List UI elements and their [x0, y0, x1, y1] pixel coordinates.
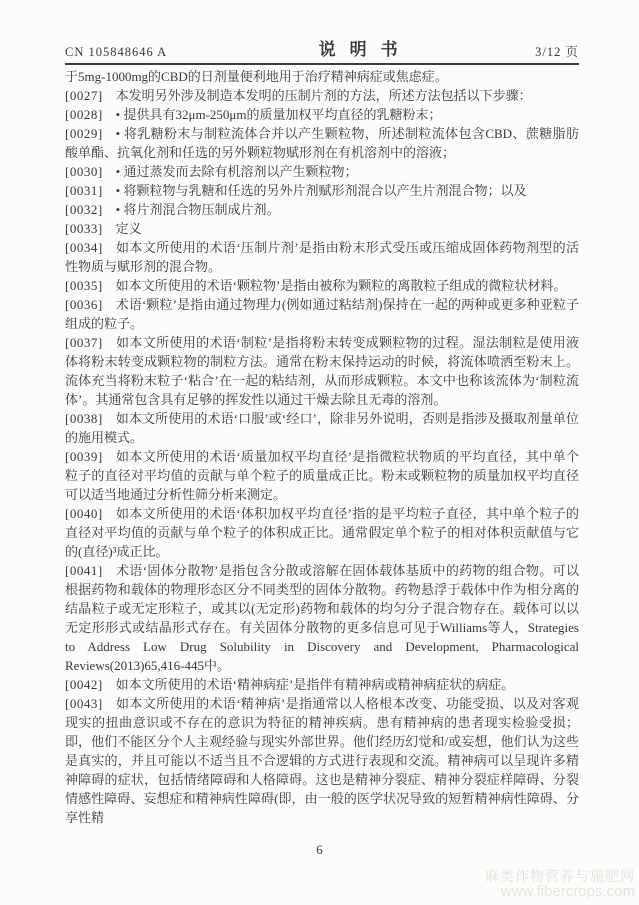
- paragraph-number: [0034]: [65, 238, 103, 257]
- paragraph-0037: [0037]如本文所使用的术语‘制粒’是指将粉末转变成颗粒物的过程。湿法制粒是使…: [65, 333, 579, 409]
- paragraph-0035: [0035]如本文所使用的术语‘颗粒物’是指由被称为颗粒的离散粒子组成的微粒状材…: [65, 276, 579, 295]
- paragraph-text: 术语‘颗粒’是指由通过物理力(例如通过粘结剂)保持在一起的两种或更多种亚粒子组成…: [65, 297, 579, 331]
- paragraph-text: 本发明另外涉及制造本发明的压制片剂的方法，所述方法包括以下步骤：: [116, 88, 532, 103]
- document-title: 说明书: [305, 35, 412, 60]
- paragraph-0028: [0028]• 提供具有32μm-250μm的质量加权平均直径的乳糖粉末；: [65, 105, 579, 124]
- paragraph-0034: [0034]如本文所使用的术语‘压制片剂’是指由粉末形式受压或压缩成固体药物剂型…: [65, 238, 579, 276]
- paragraph-text: 如本文所使用的术语‘体积加权平均直径’指的是平均粒子直径，其中单个粒子的直径对平…: [65, 506, 579, 559]
- paragraph-text: 如本文所使用的术语‘颗粒物’是指由被称为颗粒的离散粒子组成的微粒状材料。: [116, 278, 567, 293]
- page-indicator: 3/12 页: [535, 42, 579, 60]
- paragraph-number: [0040]: [65, 504, 103, 523]
- paragraph-number: [0029]: [65, 124, 103, 143]
- paragraph-0039: [0039]如本文所使用的术语‘质量加权平均直径’是指微粒状物质的平均直径，其中…: [65, 447, 579, 504]
- paragraph-number: [0041]: [65, 561, 103, 580]
- page-number: 6: [0, 842, 639, 858]
- paragraph-text: 如本文所使用的术语‘精神病症’是指伴有精神病或精神病症状的病症。: [116, 677, 515, 692]
- paragraph-0027: [0027]本发明另外涉及制造本发明的压制片剂的方法，所述方法包括以下步骤：: [65, 86, 579, 105]
- paragraph-number: [0035]: [65, 276, 103, 295]
- paragraph-text: • 将片剂混合物压制成片剂。: [116, 202, 280, 217]
- paragraph-text: 如本文所使用的术语‘压制片剂’是指由粉末形式受压或压缩成固体药物剂型的活性物质与…: [65, 240, 579, 274]
- paragraph-0029: [0029]• 将乳糖粉末与制粒流体合并以产生颗粒物，所述制粒流体包含CBD、蔗…: [65, 124, 579, 162]
- paragraph-number: [0036]: [65, 295, 103, 314]
- watermark-site-url: www.fibercrops.com: [485, 884, 635, 900]
- paragraph-0043: [0043]如本文所使用的术语‘精神病’是指通常以人格根本改变、功能受损、以及对…: [65, 694, 579, 827]
- paragraph-number: [0043]: [65, 694, 103, 713]
- paragraph-0030: [0030]• 通过蒸发而去除有机溶剂以产生颗粒物；: [65, 162, 579, 181]
- paragraph-number: [0037]: [65, 333, 103, 352]
- paragraph-text: 如本文所使用的术语‘精神病’是指通常以人格根本改变、功能受损、以及对客观现实的扭…: [65, 696, 579, 825]
- specification-body: 于5mg-1000mg的CBD的日剂量便利地用于治疗精神病症或焦虑症。 [002…: [65, 67, 579, 827]
- paragraph-text: 定义: [116, 221, 142, 236]
- watermark: 麻类作物营养与施肥网 www.fibercrops.com: [485, 868, 635, 900]
- paragraph-0036: [0036]术语‘颗粒’是指由通过物理力(例如通过粘结剂)保持在一起的两种或更多…: [65, 295, 579, 333]
- paragraph-number: [0030]: [65, 162, 103, 181]
- paragraph-0033: [0033]定义: [65, 219, 579, 238]
- paragraph-0038: [0038]如本文所使用的术语‘口服’或‘经口’，除非另外说明，否则是指涉及摄取…: [65, 409, 579, 447]
- paragraph-text: • 通过蒸发而去除有机溶剂以产生颗粒物；: [116, 164, 358, 179]
- watermark-site-name: 麻类作物营养与施肥网: [485, 868, 635, 884]
- paragraph-0032: [0032]• 将片剂混合物压制成片剂。: [65, 200, 579, 219]
- paragraph-0041: [0041]术语‘固体分散物’是指包含分散或溶解在固体载体基质中的药物的组合物。…: [65, 561, 579, 675]
- paragraph-number: [0039]: [65, 447, 103, 466]
- paragraph-text: • 将颗粒物与乳糖和任选的另外片剂赋形剂混合以产生片剂混合物；以及: [116, 183, 527, 198]
- paragraph-text: • 将乳糖粉末与制粒流体合并以产生颗粒物，所述制粒流体包含CBD、蔗糖脂肪酸单酯…: [65, 126, 579, 160]
- publication-number: CN 105848646 A: [65, 45, 167, 60]
- page-header: CN 105848646 A 说明书 3/12 页: [65, 36, 579, 60]
- paragraph-0042: [0042]如本文所使用的术语‘精神病症’是指伴有精神病或精神病症状的病症。: [65, 675, 579, 694]
- paragraph-number: [0028]: [65, 105, 103, 124]
- paragraph-text: • 提供具有32μm-250μm的质量加权平均直径的乳糖粉末；: [116, 107, 442, 122]
- paragraph-0040: [0040]如本文所使用的术语‘体积加权平均直径’指的是平均粒子直径，其中单个粒…: [65, 504, 579, 561]
- header-divider: [65, 63, 579, 65]
- paragraph-number: [0027]: [65, 86, 103, 105]
- paragraph-number: [0042]: [65, 675, 103, 694]
- continuation-line: 于5mg-1000mg的CBD的日剂量便利地用于治疗精神病症或焦虑症。: [65, 67, 579, 86]
- paragraph-text: 术语‘固体分散物’是指包含分散或溶解在固体载体基质中的药物的组合物。可以根据药物…: [65, 563, 579, 673]
- paragraph-text: 如本文所使用的术语‘质量加权平均直径’是指微粒状物质的平均直径，其中单个粒子的直…: [65, 449, 579, 502]
- paragraph-number: [0032]: [65, 200, 103, 219]
- paragraph-number: [0033]: [65, 219, 103, 238]
- paragraph-text: 如本文所使用的术语‘制粒’是指将粉末转变成颗粒物的过程。湿法制粒是使用液体将粉末…: [65, 335, 579, 407]
- paragraph-text: 如本文所使用的术语‘口服’或‘经口’，除非另外说明，否则是指涉及摄取剂量单位的施…: [65, 411, 579, 445]
- paragraph-number: [0038]: [65, 409, 103, 428]
- paragraph-number: [0031]: [65, 181, 103, 200]
- patent-specification-page: CN 105848646 A 说明书 3/12 页 于5mg-1000mg的CB…: [0, 0, 639, 905]
- paragraph-0031: [0031]• 将颗粒物与乳糖和任选的另外片剂赋形剂混合以产生片剂混合物；以及: [65, 181, 579, 200]
